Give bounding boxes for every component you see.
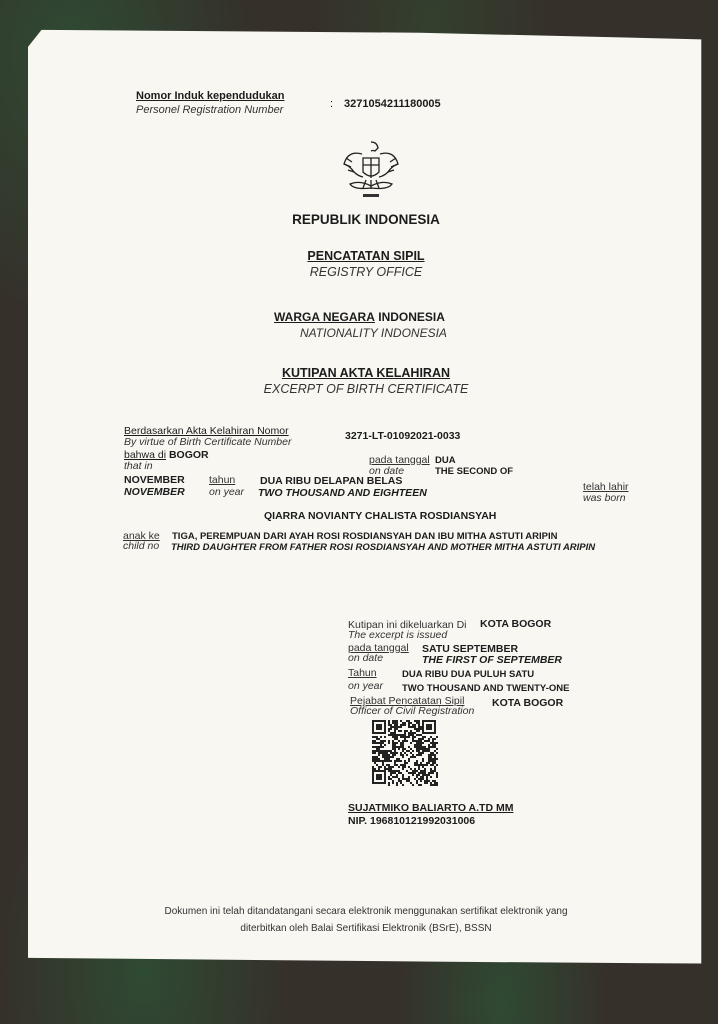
child-number-label-en: child no (123, 540, 159, 552)
birth-year-label: tahun (209, 474, 235, 486)
nik-separator: : (330, 98, 333, 110)
garuda-emblem-icon (336, 136, 406, 204)
place-label-en: that in (124, 460, 153, 472)
child-name: QIARRA NOVIANTY CHALISTA ROSDIANSYAH (264, 510, 496, 522)
birth-year-value: DUA RIBU DELAPAN BELAS (260, 475, 402, 487)
birth-date-value-en: THE SECOND OF (435, 466, 513, 478)
issue-year-value: DUA RIBU DUA PULUH SATU (402, 669, 534, 681)
birth-year-label-en: on year (209, 486, 244, 498)
cert-number-value: 3271-LT-01092021-0033 (345, 430, 460, 442)
footer-line-1: Dokumen ini telah ditandatangani secara … (28, 906, 704, 918)
nationality-row: WARGA NEGARA INDONESIA (274, 310, 445, 324)
nationality-label: WARGA NEGARA (274, 310, 375, 324)
nationality-en: NATIONALITY INDONESIA (300, 326, 447, 340)
office-title: PENCATATAN SIPIL (28, 249, 704, 263)
birth-year-value-en: TWO THOUSAND AND EIGHTEEN (258, 487, 427, 499)
nik-label-en: Personel Registration Number (136, 104, 283, 116)
nik-label: Nomor Induk kependudukan (136, 90, 285, 102)
issue-date-label-en: on date (348, 652, 383, 664)
document-title: KUTIPAN AKTA KELAHIRAN (28, 366, 704, 380)
issue-year-label-en: on year (348, 680, 383, 692)
cert-number-label-en: By virtue of Birth Certificate Number (124, 436, 291, 448)
officer-value: KOTA BOGOR (492, 697, 563, 709)
issued-value: KOTA BOGOR (480, 618, 551, 630)
office-title-en: REGISTRY OFFICE (28, 265, 704, 279)
born-label-en: was born (583, 492, 626, 504)
child-number-value-en: THIRD DAUGHTER FROM FATHER ROSI ROSDIANS… (171, 542, 595, 554)
nik-value: 3271054211180005 (344, 98, 441, 110)
place-value: BOGOR (169, 449, 209, 461)
birth-month-value: NOVEMBER (124, 474, 185, 486)
issued-label-en: The excerpt is issued (348, 629, 447, 641)
issue-year-label: Tahun (348, 667, 377, 679)
qr-code-icon[interactable] (372, 720, 438, 786)
issue-year-value-en: TWO THOUSAND AND TWENTY-ONE (402, 683, 569, 695)
officer-label-en: Officer of Civil Registration (350, 705, 474, 717)
nationality-value: INDONESIA (378, 310, 445, 324)
footer-line-2: diterbitkan oleh Balai Sertifikasi Elekt… (28, 923, 704, 935)
birth-month-value-en: NOVEMBER (124, 486, 185, 498)
country-title: REPUBLIK INDONESIA (28, 212, 704, 227)
signer-name: SUJATMIKO BALIARTO A.TD MM (348, 802, 513, 814)
document-title-en: EXCERPT OF BIRTH CERTIFICATE (28, 382, 704, 396)
birth-certificate-document: Nomor Induk kependudukan Personel Regist… (28, 28, 704, 973)
issue-date-value-en: THE FIRST OF SEPTEMBER (422, 654, 562, 666)
signer-nip: NIP. 196810121992031006 (348, 815, 475, 827)
